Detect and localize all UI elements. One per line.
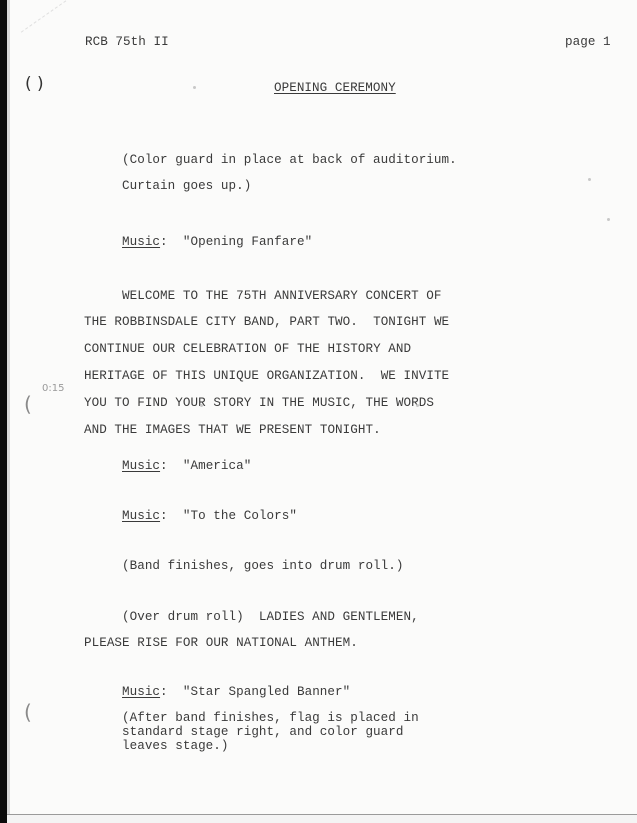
anthem-line: PLEASE RISE FOR OUR NATIONAL ANTHEM. — [84, 636, 358, 650]
welcome-line: THE ROBBINSDALE CITY BAND, PART TWO. TON… — [84, 315, 449, 329]
scan-bottom-margin — [7, 815, 637, 823]
margin-paren-mark-mid: ( — [24, 392, 32, 416]
stage-direction-line: (After band finishes, flag is placed in — [122, 712, 419, 725]
anthem-line: (Over drum roll) LADIES AND GENTLEMEN, — [122, 610, 419, 624]
page-title: OPENING CEREMONY — [274, 81, 396, 95]
scan-speck — [193, 86, 196, 89]
music-label: Music — [122, 459, 160, 473]
margin-paren-mark: ( ) — [25, 74, 44, 94]
music-title: "Opening Fanfare" — [183, 235, 312, 249]
music-sep: : — [160, 509, 168, 523]
music-title: "America" — [183, 459, 251, 473]
page-number: page 1 — [565, 35, 611, 49]
music-cue: Music: "To the Colors" — [122, 509, 297, 523]
stage-direction-line: Curtain goes up.) — [122, 179, 251, 193]
welcome-line: HERITAGE OF THIS UNIQUE ORGANIZATION. WE… — [84, 369, 449, 383]
music-sep: : — [160, 685, 168, 699]
margin-paren-mark-bottom: ( — [24, 700, 32, 724]
scan-speck — [200, 404, 203, 407]
stage-direction-line: standard stage right, and color guard — [122, 726, 403, 739]
scan-left-edge — [0, 0, 7, 823]
music-label: Music — [122, 235, 160, 249]
scan-speck — [607, 218, 610, 221]
welcome-line: CONTINUE OUR CELEBRATION OF THE HISTORY … — [84, 342, 411, 356]
music-title: "To the Colors" — [183, 509, 297, 523]
margin-time-note: 0:15 — [42, 383, 64, 394]
music-sep: : — [160, 235, 168, 249]
music-cue: Music: "America" — [122, 459, 251, 473]
welcome-line: WELCOME TO THE 75TH ANNIVERSARY CONCERT … — [122, 289, 442, 303]
welcome-line: YOU TO FIND YOUR STORY IN THE MUSIC, THE… — [84, 396, 434, 410]
music-label: Music — [122, 509, 160, 523]
music-sep: : — [160, 459, 168, 473]
music-cue: Music: "Star Spangled Banner" — [122, 685, 350, 699]
welcome-line: AND THE IMAGES THAT WE PRESENT TONIGHT. — [84, 423, 381, 437]
scan-left-shadow — [7, 0, 10, 823]
music-label: Music — [122, 685, 160, 699]
music-title: "Star Spangled Banner" — [183, 685, 350, 699]
stage-direction-line: leaves stage.) — [122, 740, 229, 753]
scan-speck — [416, 404, 419, 407]
stage-direction-line: (Band finishes, goes into drum roll.) — [122, 559, 403, 573]
music-cue: Music: "Opening Fanfare" — [122, 235, 312, 249]
scan-speck — [588, 178, 591, 181]
document-id: RCB 75th II — [85, 35, 169, 49]
stage-direction-line: (Color guard in place at back of auditor… — [122, 153, 457, 167]
